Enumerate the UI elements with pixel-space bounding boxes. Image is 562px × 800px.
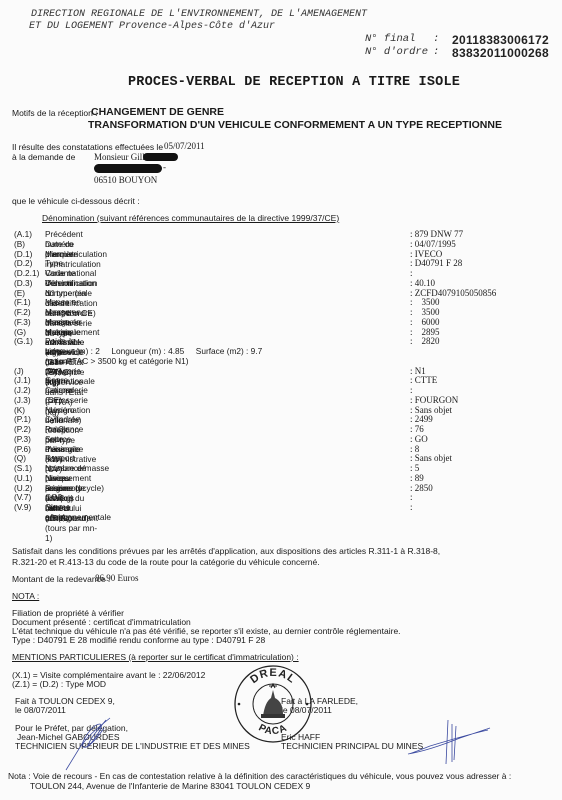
dreal-paca-stamp: DREAL PACA (233, 664, 313, 744)
row-code: (B) (14, 239, 25, 249)
document-title: PROCES-VERBAL DE RECEPTION A TITRE ISOLE (128, 75, 460, 90)
row-value: : GO (410, 434, 428, 444)
row-code: (S.1) (14, 463, 32, 473)
org-line-2: ET DU LOGEMENT Provence-Alpes-Côte d'Azu… (29, 21, 275, 32)
row-value: : (410, 268, 413, 278)
final-number-sep: : (433, 33, 439, 45)
row-value: : 40.10 (410, 278, 435, 288)
org-line-1: DIRECTION REGIONALE DE L'ENVIRONNEMENT, … (31, 9, 367, 20)
satisfait-line-2: R.321-20 et R.413-13 du code de la route… (12, 557, 320, 567)
row-code: (D.1) (14, 249, 32, 259)
row-value: : Sans objet (410, 405, 452, 415)
row-code: (D.2.1) (14, 268, 39, 278)
mention-line-2: (Z.1) = (D.2) : Type MOD (12, 679, 106, 689)
motif-line-1: CHANGEMENT DE GENRE (91, 106, 224, 118)
row-code: (A.1) (14, 229, 32, 239)
redaction-name (143, 153, 178, 161)
constat-date: 05/07/2011 (164, 141, 205, 151)
row-value: : 04/07/1995 (410, 239, 456, 249)
row-value: : FOURGON (410, 395, 458, 405)
final-number-label: N° final (365, 33, 415, 45)
row-code: (U.1) (14, 473, 32, 483)
row-code: (F.3) (14, 317, 31, 327)
order-number-value: 83832011000268 (452, 46, 549, 60)
footer-recourse-line: Nota : Voie de recours - En cas de conte… (8, 771, 511, 781)
row-code: (P.2) (14, 424, 31, 434)
row-code: (P.3) (14, 434, 31, 444)
row-code: (G) (14, 327, 26, 337)
row-value: : 6000 (410, 317, 440, 327)
row-value: : 89 (410, 473, 424, 483)
row-label: Largeur (m) : 2 Longueur (m) : 4.85 Surf… (45, 346, 262, 356)
row-value: : N1 (410, 366, 426, 376)
row-code: (V.7) (14, 492, 31, 502)
row-value: : (410, 385, 413, 395)
nota-line-4: Type : D40791 E 28 modifié rendu conform… (12, 635, 265, 645)
footer-address-line: TOULON 244, Avenue de l'Infanterie de Ma… (30, 781, 310, 791)
redaction-address (94, 164, 162, 173)
satisfait-line-1: Satisfait dans les conditions prévues pa… (12, 546, 440, 556)
constat-label: Il résulte des constatations effectuées … (12, 142, 163, 152)
mentions-heading: MENTIONS PARTICULIERES (à reporter sur l… (12, 652, 299, 662)
row-value: : 879 DNW 77 (410, 229, 463, 239)
row-value: : (410, 492, 413, 502)
row-code: (D.2) (14, 258, 32, 268)
row-value: : ZCFD4079105050856 (410, 288, 496, 298)
row-value: : 2499 (410, 414, 433, 424)
motifs-label: Motifs de la réception : (12, 108, 98, 118)
denomination-heading: Dénomination (suivant références communa… (42, 213, 339, 223)
row-code: (E) (14, 288, 25, 298)
row-value: : 2895 (410, 327, 440, 337)
vehicle-intro: que le véhicule ci-dessous décrit : (12, 196, 140, 206)
row-code: (J) (14, 366, 24, 376)
row-code: (P.1) (14, 414, 31, 424)
final-number-value: 20118383006172 (452, 33, 549, 47)
row-code: (U.2) (14, 483, 32, 493)
row-code: (K) (14, 405, 25, 415)
address-dash: - (163, 162, 166, 172)
row-code: (G.1) (14, 336, 33, 346)
motif-line-2: TRANSFORMATION D'UN VEHICULE CONFORMEMEN… (88, 119, 502, 131)
row-code: (D.3) (14, 278, 32, 288)
row-value: : 3500 (410, 307, 440, 317)
left-signer-role: TECHNICIEN SUPERIEUR DE L'INDUSTRIE ET D… (15, 741, 250, 751)
row-value: : 5 (410, 463, 419, 473)
order-number-sep: : (433, 46, 439, 58)
row-code: (J.2) (14, 385, 31, 395)
requester-city: 06510 BOUYON (94, 175, 157, 185)
row-value: : Sans objet (410, 453, 452, 463)
row-code: (V.9) (14, 502, 31, 512)
row-label: Classe environnementale (45, 502, 111, 522)
row-value: : 76 (410, 424, 424, 434)
row-value: : IVECO (410, 249, 442, 259)
row-value: : D40791 F 28 (410, 258, 462, 268)
nota-heading: NOTA : (12, 591, 39, 601)
left-sign-date: le 08/07/2011 (15, 705, 66, 715)
demande-label: à la demande de (12, 152, 75, 162)
row-value: : (410, 502, 413, 512)
row-code: (F.2) (14, 307, 31, 317)
row-code: (Q) (14, 453, 26, 463)
row-value: : 2820 (410, 336, 440, 346)
row-code: (P.6) (14, 444, 31, 454)
order-number-label: N° d'ordre (365, 46, 428, 58)
svg-text:PACA: PACA (257, 722, 290, 737)
row-code: (J.1) (14, 375, 31, 385)
row-code: (F.1) (14, 297, 31, 307)
row-value: : CTTE (410, 375, 437, 385)
row-label: Marque (45, 249, 73, 259)
left-handwritten-signature (60, 712, 120, 772)
redevance-value: 86.90 Euros (95, 573, 139, 583)
row-value: : 2850 (410, 483, 433, 493)
row-code: (J.3) (14, 395, 31, 405)
row-label: (pour PTAC > 3500 kg et catégorie N1) (45, 356, 189, 366)
row-value: : 8 (410, 444, 419, 454)
right-handwritten-signature (400, 716, 500, 766)
row-value: : 3500 (410, 297, 440, 307)
